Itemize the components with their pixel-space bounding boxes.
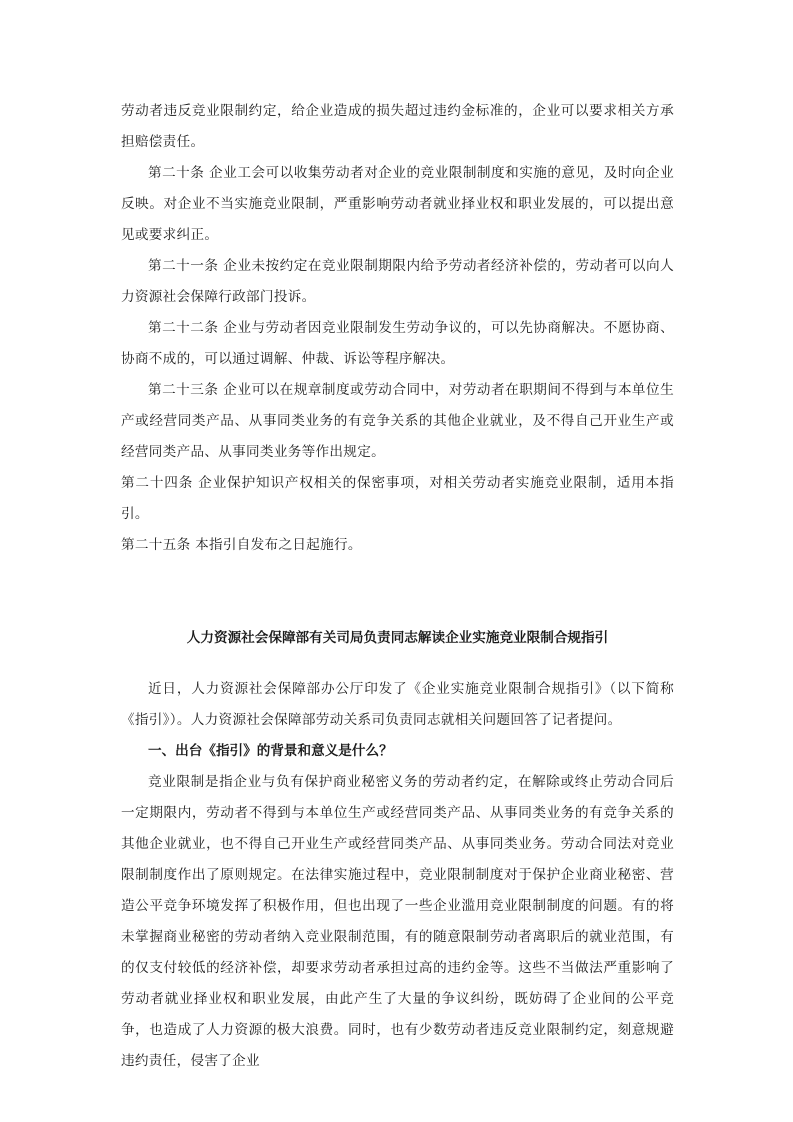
section-heading-1: 一、出台《指引》的背景和意义是什么？: [121, 736, 674, 767]
interpretation-title: 人力资源社会保障部有关司局负责同志解读企业实施竞业限制合规指引: [121, 623, 674, 654]
spacer: [121, 561, 674, 623]
article-23: 第二十三条 企业可以在规章制度或劳动合同中，对劳动者在职期间不得到与本单位生产或…: [121, 375, 674, 468]
spacer: [121, 654, 674, 674]
article-25: 第二十五条 本指引自发布之日起施行。: [121, 530, 674, 561]
article-21: 第二十一条 企业未按约定在竞业限制期限内给予劳动者经济补偿的，劳动者可以向人力资…: [121, 251, 674, 313]
document-page: 劳动者违反竞业限制约定，给企业造成的损失超过违约金标准的，企业可以要求相关方承担…: [121, 96, 674, 1077]
paragraph-compensation-liability: 劳动者违反竞业限制约定，给企业造成的损失超过违约金标准的，企业可以要求相关方承担…: [121, 96, 674, 158]
article-22: 第二十二条 企业与劳动者因竞业限制发生劳动争议的，可以先协商解决。不愿协商、协商…: [121, 313, 674, 375]
article-20: 第二十条 企业工会可以收集劳动者对企业的竞业限制制度和实施的意见，及时向企业反映…: [121, 158, 674, 251]
article-24: 第二十四条 企业保护知识产权相关的保密事项，对相关劳动者实施竞业限制，适用本指引…: [121, 468, 674, 530]
intro-paragraph: 近日，人力资源社会保障部办公厅印发了《企业实施竞业限制合规指引》（以下简称《指引…: [121, 674, 674, 736]
section-1-body: 竞业限制是指企业与负有保护商业秘密义务的劳动者约定，在解除或终止劳动合同后一定期…: [121, 767, 674, 1077]
